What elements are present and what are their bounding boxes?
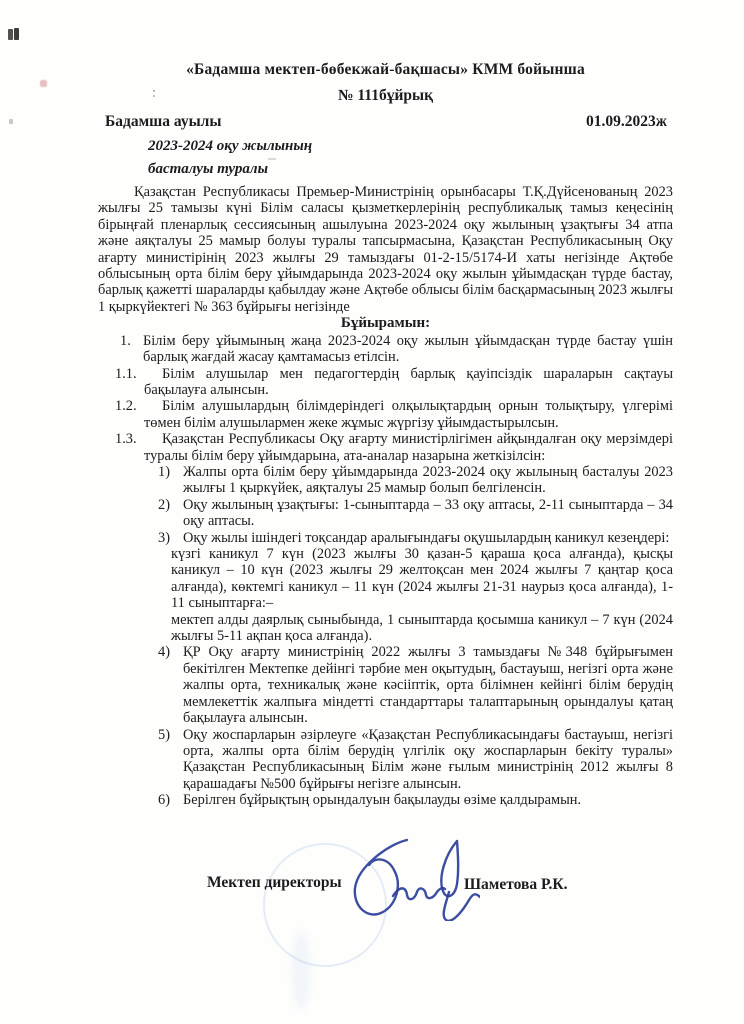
order-item: 1.2. Білім алушылардың білімдеріндегі ол…: [98, 398, 673, 431]
item-text: Оқу жылының ұзақтығы: 1-сыныптарда – 33 …: [183, 497, 673, 530]
organization-title: «Бадамша мектеп-бөбекжай-бақшасы» КММ бо…: [98, 60, 673, 79]
item-text: Оқу жылы ішіндегі тоқсандар аралығындағы…: [183, 530, 673, 546]
signature-ink: [345, 836, 480, 921]
order-number: № 111бұйрық: [98, 86, 673, 105]
item-number: 1): [158, 464, 183, 497]
decree-heading: Бұйырамын:: [98, 315, 673, 333]
item-number: 3): [158, 530, 183, 546]
order-item: 1. Білім беру ұйымының жаңа 2023-2024 оқ…: [98, 333, 673, 366]
item-text: Жалпы орта білім беру ұйымдарында 2023-2…: [183, 464, 673, 497]
item-text: Білім алушылардың білімдеріндегі олқылық…: [144, 398, 673, 431]
scan-artifact: [9, 119, 13, 124]
item-text: Қазақстан Республикасы Оқу ағарту минист…: [144, 431, 673, 464]
item-number: 1.3.: [115, 431, 144, 464]
stamp-smudge: [292, 930, 310, 1010]
item-number: 1.2.: [115, 398, 144, 431]
subject-line-2: басталуы туралы: [148, 158, 673, 181]
order-subitem: 4) ҚР Оқу ағарту министрінің 2022 жылғы …: [98, 644, 673, 726]
item-number: 1.1.: [115, 366, 144, 399]
order-item: 1.3. Қазақстан Республикасы Оқу ағарту м…: [98, 431, 673, 464]
scan-artifact: [40, 80, 47, 87]
item-text: Білім беру ұйымының жаңа 2023-2024 оқу ж…: [143, 333, 673, 366]
document-content: «Бадамша мектеп-бөбекжай-бақшасы» КММ бо…: [98, 60, 673, 809]
item-number: 5): [158, 727, 183, 793]
vacation-paragraph: күзгі каникул 7 күн (2023 жылғы 30 қазан…: [171, 546, 673, 612]
order-subitem: 5) Оқу жоспарларын әзірлеуге «Қазақстан …: [98, 727, 673, 793]
order-subitem: 3) Оқу жылы ішіндегі тоқсандар аралығынд…: [98, 530, 673, 546]
item-text: Берілген бұйрықтың орындалуын бақылауды …: [183, 792, 673, 808]
order-subitem: 1) Жалпы орта білім беру ұйымдарында 202…: [98, 464, 673, 497]
item-number: 4): [158, 644, 183, 726]
place-label: Бадамша ауылы: [105, 112, 221, 131]
item-text: Білім алушылар мен педагогтердің барлық …: [144, 366, 673, 399]
order-item: 1.1. Білім алушылар мен педагогтердің ба…: [98, 366, 673, 399]
signature-name: Шаметова Р.К.: [464, 876, 568, 894]
subject-line-1: 2023-2024 оқу жылының: [148, 135, 673, 158]
vacation-paragraph: мектеп алды даярлық сыныбында, 1 сыныпта…: [171, 612, 673, 645]
item-number: 1.: [120, 333, 143, 366]
signature-role-label: Мектеп директоры: [207, 874, 342, 892]
order-subitem: 6) Берілген бұйрықтың орындалуын бақылау…: [98, 792, 673, 808]
item-text: ҚР Оқу ағарту министрінің 2022 жылғы 3 т…: [183, 644, 673, 726]
item-text: Оқу жоспарларын әзірлеуге «Қазақстан Рес…: [183, 727, 673, 793]
date-label: 01.09.2023ж: [586, 112, 667, 131]
document-page: «Бадамша мектеп-бөбекжай-бақшасы» КММ бо…: [0, 0, 744, 1024]
item-number: 6): [158, 792, 183, 808]
preamble-paragraph: Қазақстан Республикасы Премьер-Министрін…: [98, 184, 673, 315]
order-subitem: 2) Оқу жылының ұзақтығы: 1-сыныптарда – …: [98, 497, 673, 530]
place-date-row: Бадамша ауылы 01.09.2023ж: [98, 112, 673, 131]
scan-artifact: [8, 29, 13, 40]
item-number: 2): [158, 497, 183, 530]
scan-artifact: [14, 28, 19, 40]
